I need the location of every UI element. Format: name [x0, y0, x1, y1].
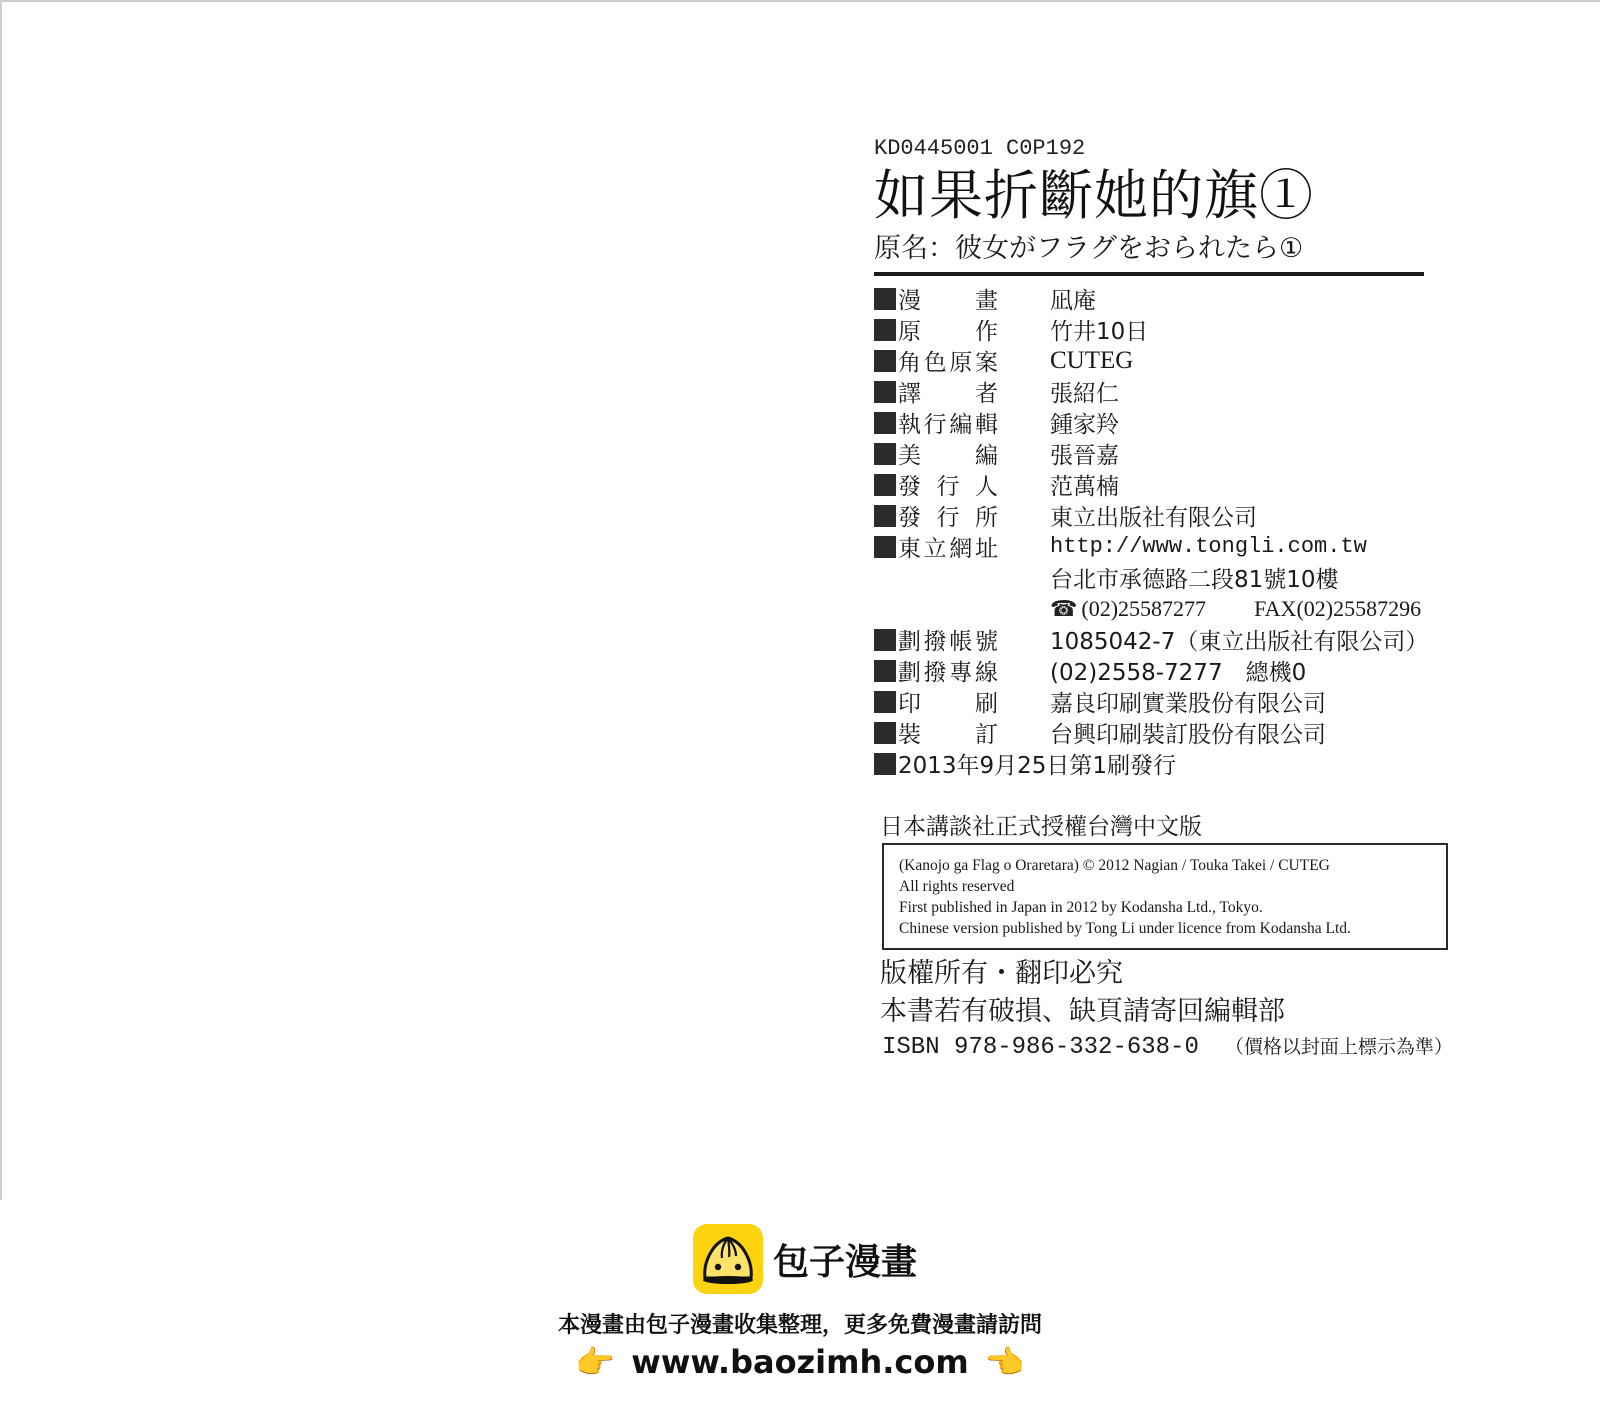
credit-label: 發 行 所	[898, 499, 998, 532]
telephone-icon: ☎	[1050, 596, 1077, 622]
address: 台北市承德路二段81號10樓	[1050, 561, 1339, 594]
credit-label: 印 刷	[898, 685, 998, 718]
credit-row-binding: 裝 訂 台興印刷裝訂股份有限公司	[874, 717, 1494, 748]
credit-value: 東立出版社有限公司	[1050, 499, 1257, 532]
square-bullet-icon	[874, 505, 896, 527]
credit-label: 原 作	[898, 313, 998, 346]
square-bullet-icon	[874, 350, 896, 372]
credit-row-art-editor: 美 編 張晉嘉	[874, 438, 1494, 469]
square-bullet-icon	[874, 288, 896, 310]
credit-row-postal-account: 劃 撥 帳 號 1085042-7（東立出版社有限公司）	[874, 624, 1494, 655]
credit-row-publisher-company: 發 行 所 東立出版社有限公司	[874, 500, 1494, 531]
credit-label: 美 編	[898, 437, 998, 470]
credit-value: (02)2558-7277 總機0	[1050, 654, 1306, 687]
rights-notice: 版權所有・翻印必究	[880, 958, 1123, 990]
credit-value: 鍾家羚	[1050, 406, 1119, 439]
pointing-left-hand-icon: 👈	[985, 1343, 1025, 1381]
issue-date: 2013年9月25日第1刷發行	[898, 747, 1176, 780]
website-url[interactable]: http://www.tongli.com.tw	[1050, 534, 1367, 559]
credit-value: 張紹仁	[1050, 375, 1119, 408]
credit-value: 嘉良印刷實業股份有限公司	[1050, 685, 1326, 718]
credit-row-translator: 譯 者 張紹仁	[874, 376, 1494, 407]
isbn-line: ISBN 978-986-332-638-0 （價格以封面上標示為準）	[882, 1032, 1453, 1061]
credit-label: 角 色 原 案	[898, 344, 998, 377]
pointing-right-hand-icon: 👉	[575, 1343, 615, 1381]
damage-notice: 本書若有破損、缺頁請寄回編輯部	[880, 996, 1285, 1028]
site-url-link[interactable]: www.baozimh.com	[631, 1343, 968, 1381]
copyright-line: (Kanojo ga Flag o Oraretara) © 2012 Nagi…	[899, 855, 1446, 876]
copyright-line: All rights reserved	[899, 876, 1446, 897]
product-code: KD0445001 C0P192	[874, 136, 1085, 161]
square-bullet-icon	[874, 381, 896, 403]
credit-value: 台興印刷裝訂股份有限公司	[1050, 716, 1326, 749]
credit-value: 張晉嘉	[1050, 437, 1119, 470]
square-bullet-icon	[874, 660, 896, 682]
isbn: ISBN 978-986-332-638-0	[882, 1034, 1199, 1061]
credit-row-executive-editor: 執 行 編 輯 鍾家羚	[874, 407, 1494, 438]
credit-row-artist: 漫 畫 凪庵	[874, 283, 1494, 314]
square-bullet-icon	[874, 443, 896, 465]
scanned-page: KD0445001 C0P192 如果折斷她的旗① 原名：彼女がフラグをおられた…	[0, 0, 1600, 1200]
credit-label: 發 行 人	[898, 468, 998, 501]
credit-row-address: 台北市承德路二段81號10樓	[874, 562, 1494, 593]
credit-value: 凪庵	[1050, 282, 1096, 315]
credit-value: CUTEG	[1050, 347, 1133, 375]
original-title: 原名：彼女がフラグをおられたら①	[874, 232, 1303, 266]
credit-value: 范萬楠	[1050, 468, 1119, 501]
copyright-line: First published in Japan in 2012 by Koda…	[899, 897, 1446, 918]
credit-label: 漫 畫	[898, 282, 998, 315]
watermark-footer: 包子漫畫 本漫畫由包子漫畫收集整理，更多免費漫畫請訪問 👉 www.baozim…	[0, 1200, 1600, 1402]
credit-row-postal-hotline: 劃 撥 專 線 (02)2558-7277 總機0	[874, 655, 1494, 686]
book-title: 如果折斷她的旗①	[874, 164, 1314, 228]
copyright-line: Chinese version published by Tong Li und…	[899, 918, 1446, 939]
credit-row-publisher-person: 發 行 人 范萬楠	[874, 469, 1494, 500]
credit-label: 譯 者	[898, 375, 998, 408]
square-bullet-icon	[874, 319, 896, 341]
square-bullet-icon	[874, 474, 896, 496]
credits-list: 漫 畫 凪庵 原 作 竹井10日 角 色 原	[874, 283, 1494, 779]
title-divider	[874, 272, 1424, 276]
square-bullet-icon	[874, 536, 896, 558]
brand-name: 包子漫畫	[773, 1234, 917, 1285]
square-bullet-icon	[874, 412, 896, 434]
phone-number: (02)25587277	[1081, 596, 1206, 622]
credit-value: 1085042-7（東立出版社有限公司）	[1050, 623, 1428, 656]
credit-row-issue-date: 2013年9月25日第1刷發行	[874, 748, 1494, 779]
credit-row-website: 東 立 網 址 http://www.tongli.com.tw	[874, 531, 1494, 562]
credit-row-printing: 印 刷 嘉良印刷實業股份有限公司	[874, 686, 1494, 717]
brand[interactable]: 包子漫畫	[693, 1224, 917, 1294]
credit-row-original-author: 原 作 竹井10日	[874, 314, 1494, 345]
square-bullet-icon	[874, 722, 896, 744]
credit-label: 劃 撥 專 線	[898, 654, 998, 687]
credit-row-character-design: 角 色 原 案 CUTEG	[874, 345, 1494, 376]
square-bullet-icon	[874, 629, 896, 651]
credit-value: 竹井10日	[1050, 313, 1148, 346]
fax-number: FAX(02)25587296	[1254, 596, 1421, 622]
square-bullet-icon	[874, 691, 896, 713]
credit-label: 執 行 編 輯	[898, 406, 998, 439]
credit-label: 東 立 網 址	[898, 530, 998, 563]
credit-row-phone: ☎ (02)25587277 FAX(02)25587296	[874, 593, 1494, 624]
price-note: （價格以封面上標示為準）	[1225, 1032, 1453, 1059]
baozi-logo-icon	[693, 1224, 763, 1294]
copyright-box: (Kanojo ga Flag o Oraretara) © 2012 Nagi…	[882, 843, 1448, 950]
square-bullet-icon	[874, 753, 896, 775]
phone-fax-line: ☎ (02)25587277 FAX(02)25587296	[1050, 596, 1421, 622]
credit-label: 裝 訂	[898, 716, 998, 749]
license-statement: 日本講談社正式授權台灣中文版	[880, 808, 1202, 841]
site-link-line: 👉 www.baozimh.com 👈	[0, 1343, 1600, 1381]
credit-label: 劃 撥 帳 號	[898, 623, 998, 656]
promo-text: 本漫畫由包子漫畫收集整理，更多免費漫畫請訪問	[0, 1308, 1600, 1339]
